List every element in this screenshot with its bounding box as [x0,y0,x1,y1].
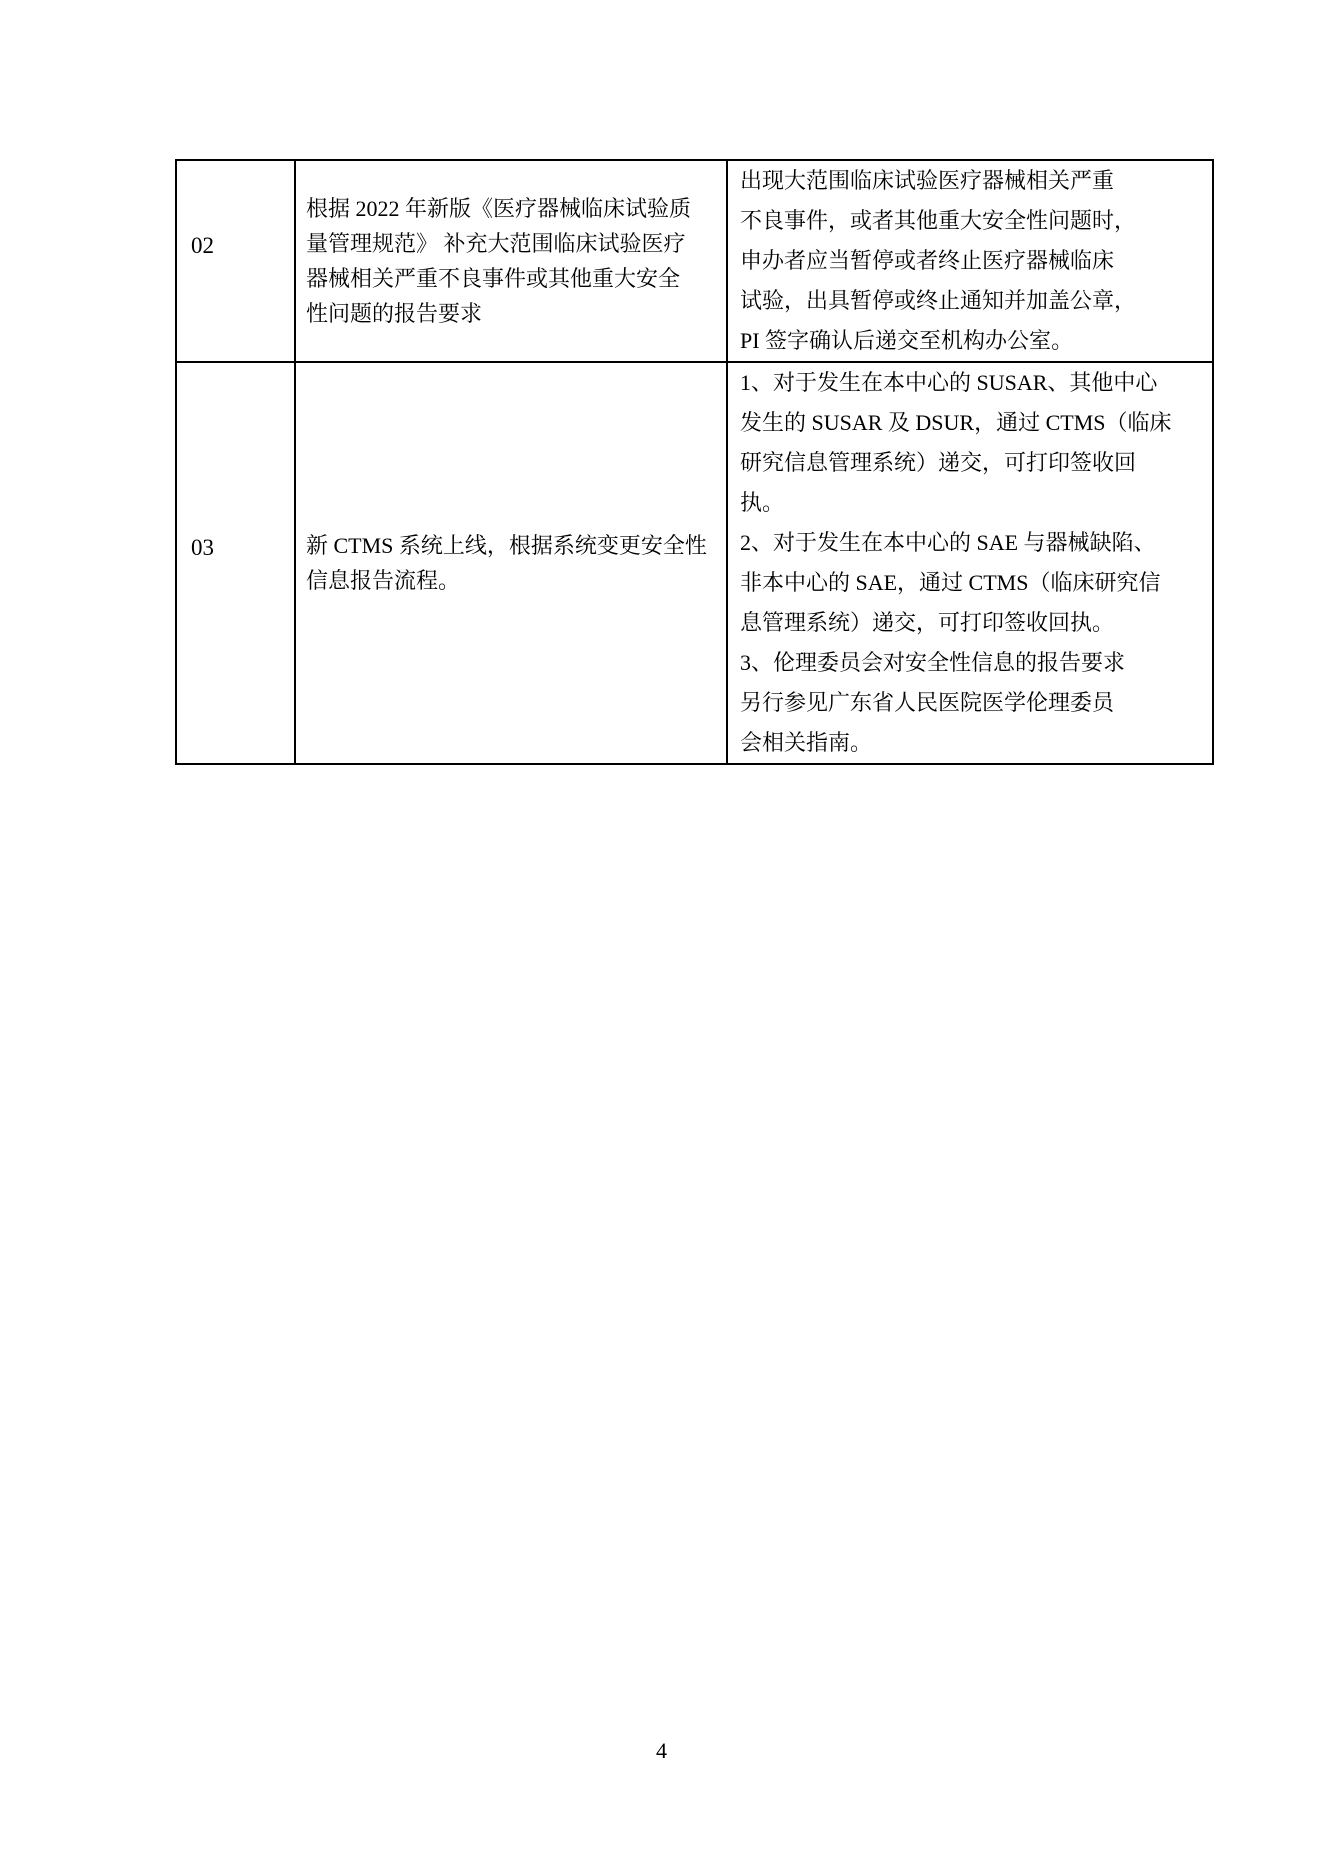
change-description-cell: 新 CTMS 系统上线，根据系统变更安全性 信息报告流程。 [295,362,727,764]
table-row: 02 根据 2022 年新版《医疗器械临床试验质 量管理规范》 补充大范围临床试… [176,160,1213,362]
page-number: 4 [0,1738,1323,1764]
row-number-cell: 02 [176,160,295,362]
revision-table: 02 根据 2022 年新版《医疗器械临床试验质 量管理规范》 补充大范围临床试… [175,159,1214,765]
row-number: 03 [191,535,214,561]
table-row: 03 新 CTMS 系统上线，根据系统变更安全性 信息报告流程。 1、对于发生在… [176,362,1213,764]
row-number: 02 [191,233,214,259]
row-number-cell: 03 [176,362,295,764]
requirement-detail-cell: 出现大范围临床试验医疗器械相关严重 不良事件，或者其他重大安全性问题时， 申办者… [727,160,1213,362]
document-page: 02 根据 2022 年新版《医疗器械临床试验质 量管理规范》 补充大范围临床试… [0,0,1323,1871]
change-description-cell: 根据 2022 年新版《医疗器械临床试验质 量管理规范》 补充大范围临床试验医疗… [295,160,727,362]
requirement-detail-cell: 1、对于发生在本中心的 SUSAR、其他中心 发生的 SUSAR 及 DSUR，… [727,362,1213,764]
